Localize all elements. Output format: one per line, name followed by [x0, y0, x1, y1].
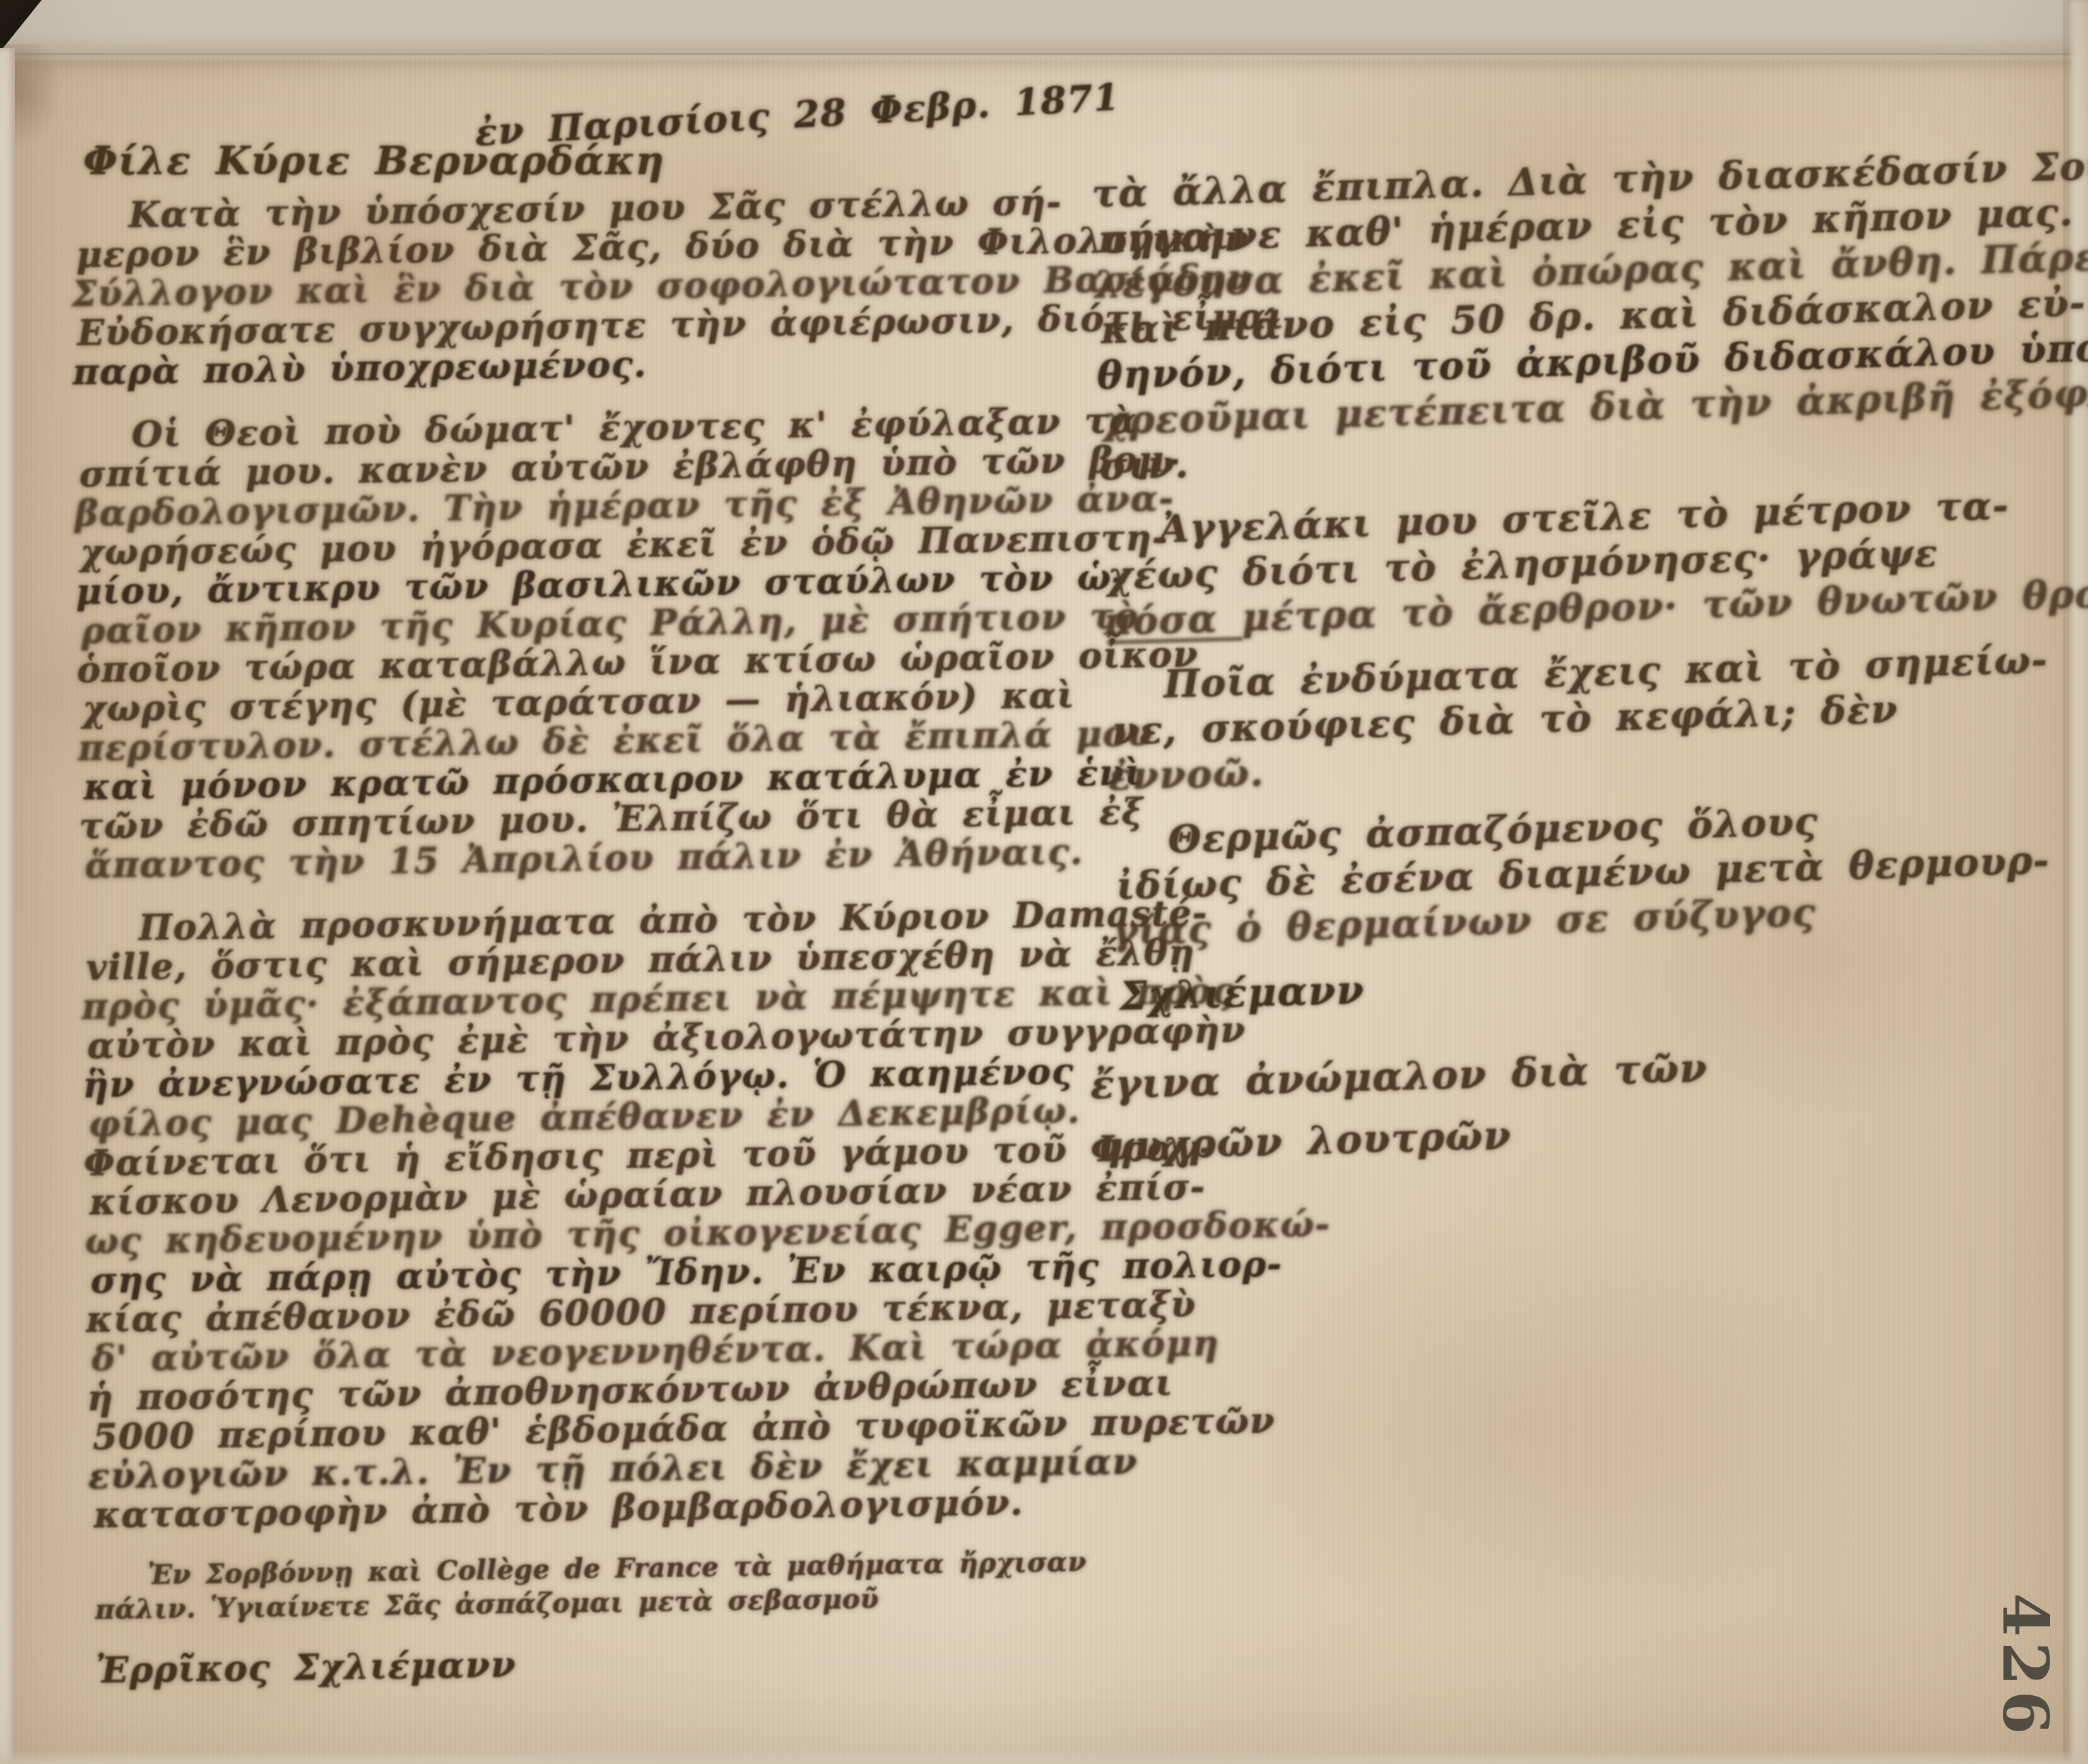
- scan-vignette: [0, 0, 2088, 1764]
- scanned-letter-page: ἐν Παρισίοις 28 Φεβρ. 1871 Φίλε Κύριε Βε…: [0, 0, 2088, 1764]
